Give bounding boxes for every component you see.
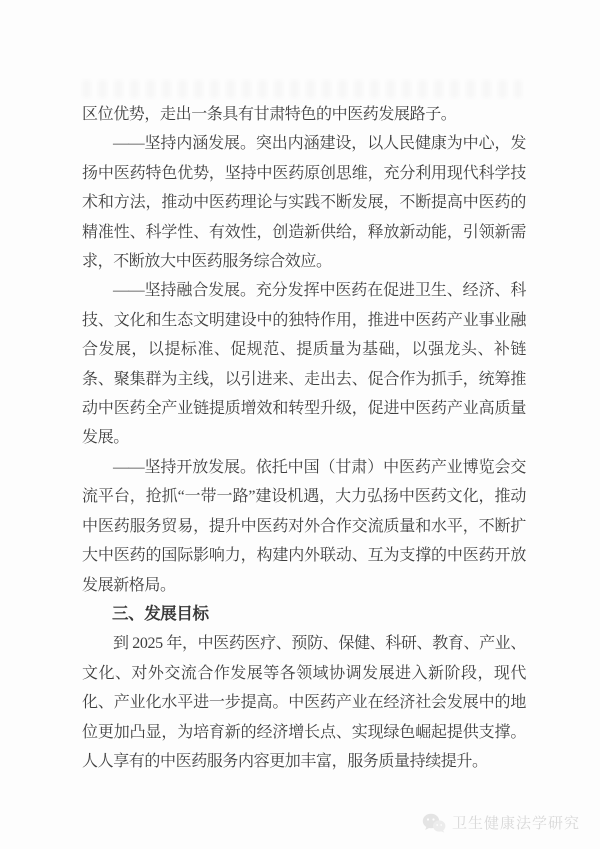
paragraph-continuation: 区位优势，走出一条具有甘肃特色的中医药发展路子。 [82,100,526,129]
watermark-label: 卫生健康法学研究 [452,812,580,833]
cropped-text-artifact [82,80,522,98]
bullet-paragraph-open-development: ——坚持开放发展。依托中国（甘肃）中医药产业博览会交流平台，抢抓“一带一路”建设… [82,453,526,600]
section-heading-development-goals: 三、发展目标 [82,600,526,629]
bullet-paragraph-connotation-development: ——坚持内涵发展。突出内涵建设，以人民健康为中心，发扬中医药特色优势，坚持中医药… [82,129,526,276]
wechat-chat-bubbles-icon [422,813,446,833]
document-body: 区位优势，走出一条具有甘肃特色的中医药发展路子。 ——坚持内涵发展。突出内涵建设… [82,100,526,776]
watermark-source: 卫生健康法学研究 [422,812,580,833]
document-page: 区位优势，走出一条具有甘肃特色的中医药发展路子。 ——坚持内涵发展。突出内涵建设… [0,0,600,849]
paragraph-2025-goals: 到 2025 年，中医药医疗、预防、保健、科研、教育、产业、文化、对外交流合作发… [82,629,526,776]
bullet-paragraph-integrated-development: ——坚持融合发展。充分发挥中医药在促进卫生、经济、科技、文化和生态文明建设中的独… [82,276,526,452]
